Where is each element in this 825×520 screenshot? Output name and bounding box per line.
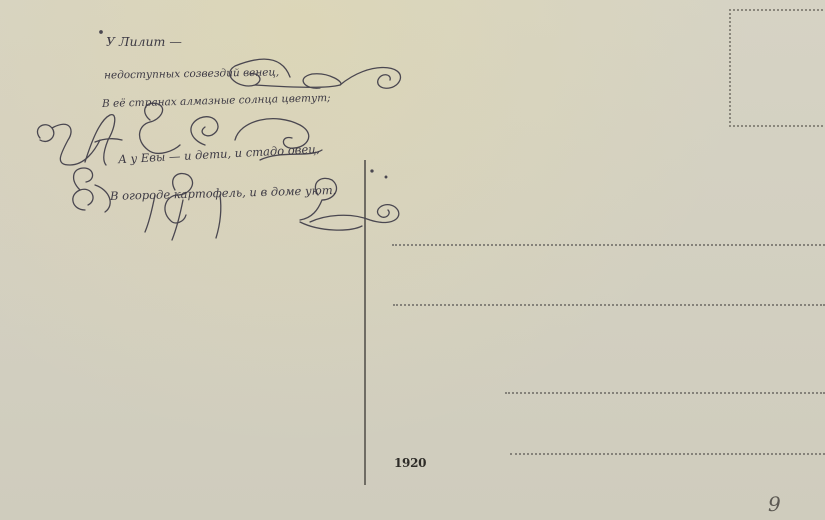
address-line-2 <box>393 304 825 306</box>
address-line-1 <box>392 244 825 246</box>
poem-line-1: У Лилит — <box>106 34 182 49</box>
page-number-mark: 9 <box>768 492 781 516</box>
poem-line-2: недоступных созвездий венец, <box>104 66 279 81</box>
poem-line-3: В её странах алмазные солнца цветут; <box>102 92 331 110</box>
poem-line-4: А у Евы — и дети, и стадо овец, <box>118 142 320 167</box>
handwritten-poem: У Лилит — недоступных созвездий венец, В… <box>0 0 825 520</box>
stamp-box <box>729 9 825 127</box>
poem-line-5: В огороде картофель, и в доме уют. <box>110 183 337 203</box>
center-divider-line <box>364 160 366 485</box>
postcard-back: 1920 <box>0 0 825 520</box>
address-line-4 <box>510 453 825 455</box>
print-year: 1920 <box>394 456 426 470</box>
address-line-3 <box>505 392 825 394</box>
flourish-decorations-icon <box>0 0 825 520</box>
